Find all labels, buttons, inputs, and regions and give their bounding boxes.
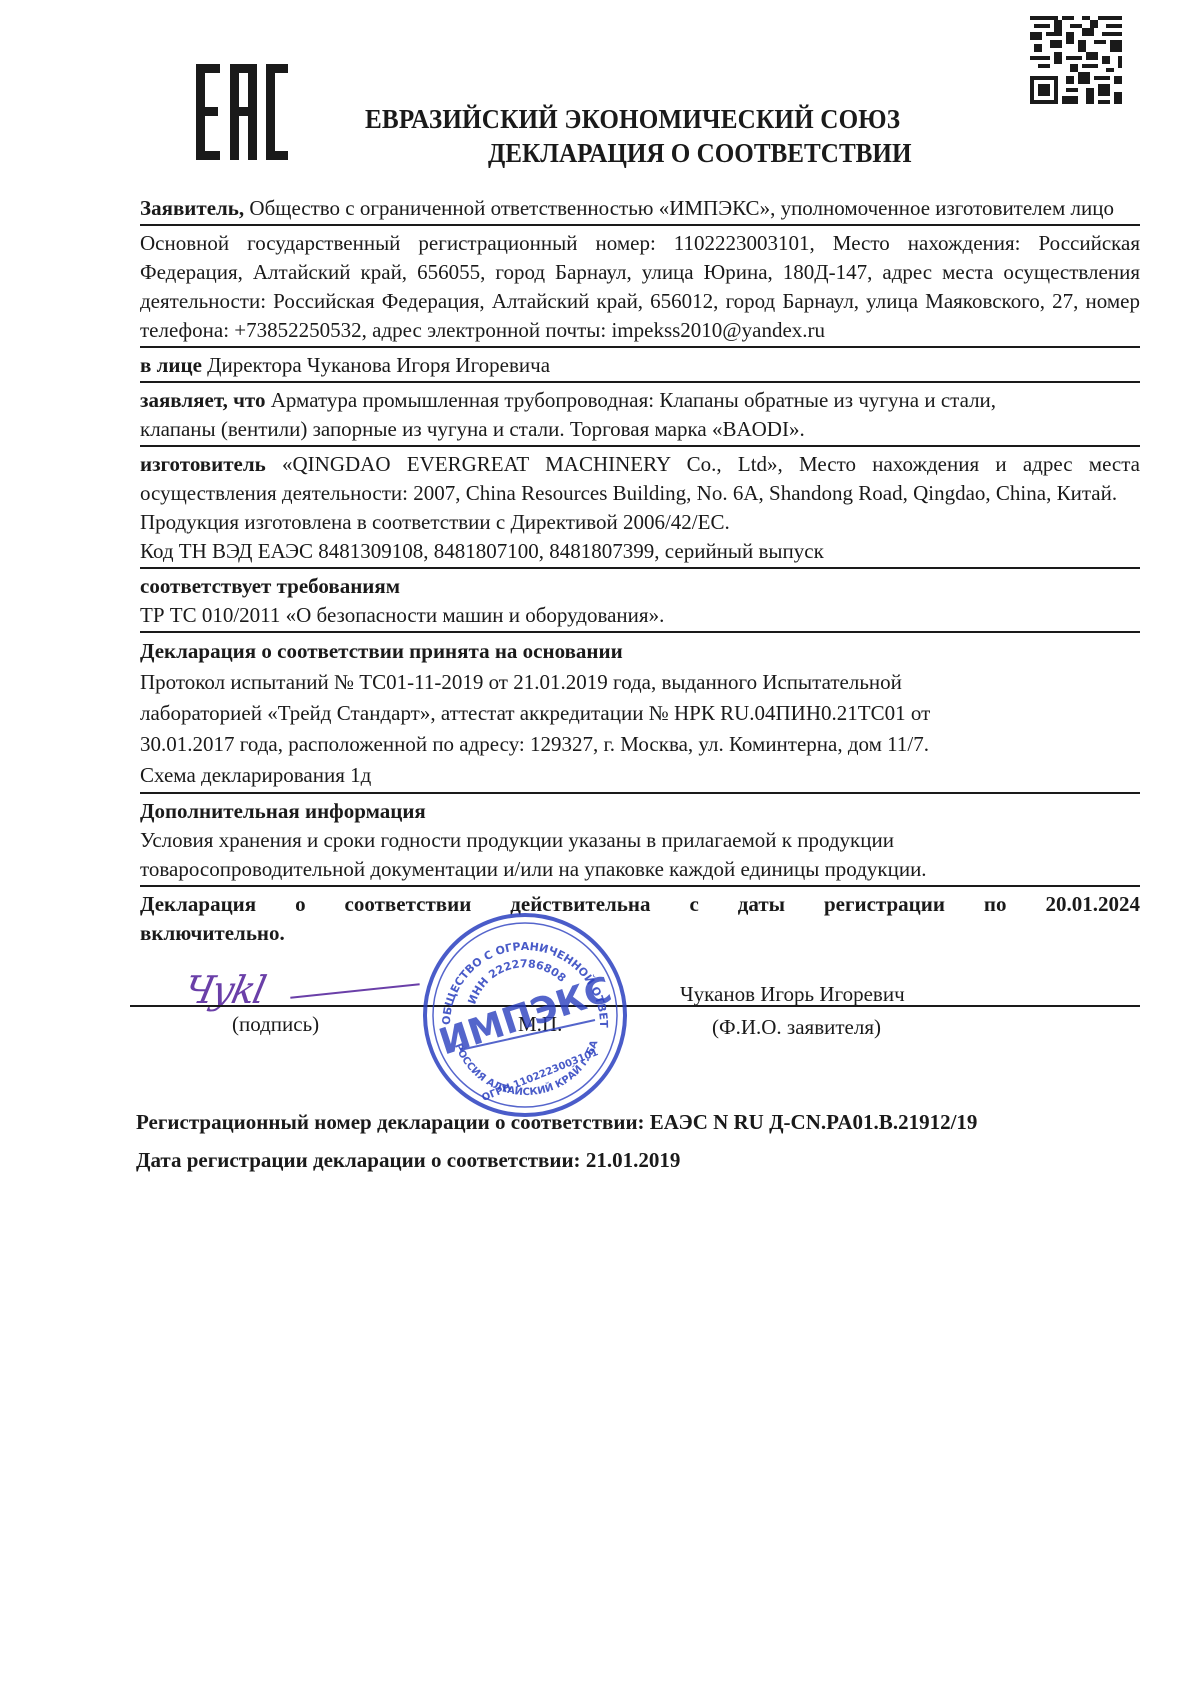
- basis-label: Декларация о соответствии принята на осн…: [140, 636, 1140, 667]
- additional-info-line2: товаросопроводительной документации и/ил…: [140, 855, 1140, 884]
- applicant-name-caption: (Ф.И.О. заявителя): [712, 1015, 881, 1040]
- applicant-label: Заявитель,: [140, 196, 244, 220]
- registration-date-label: Дата регистрации декларации о соответств…: [136, 1148, 586, 1172]
- represented-by-section: в лице Директора Чуканова Игоря Игоревич…: [140, 348, 1140, 383]
- manufacturer-section: изготовитель «QINGDAO EVERGREAT MACHINER…: [140, 447, 1140, 569]
- test-protocol-line2: лабораторией «Трейд Стандарт», аттестат …: [140, 698, 1140, 729]
- applicant-details-section: Основной государственный регистрационный…: [140, 226, 1140, 348]
- requirements-text: ТР ТС 010/2011 «О безопасности машин и о…: [140, 601, 1140, 630]
- applicant-details-text: Основной государственный регистрационный…: [140, 231, 1140, 342]
- represented-by-text: Директора Чуканова Игоря Игоревича: [202, 353, 550, 377]
- additional-info-line1: Условия хранения и сроки годности продук…: [140, 826, 1140, 855]
- manufacturer-label: изготовитель: [140, 452, 266, 476]
- applicant-text: Общество с ограниченной ответственностью…: [244, 196, 1114, 220]
- registration-date-row: Дата регистрации декларации о соответств…: [136, 1148, 680, 1173]
- applicant-name: Чуканов Игорь Игоревич: [680, 982, 905, 1007]
- product-description: Арматура промышленная трубопроводная: Кл…: [140, 388, 996, 441]
- qr-code-icon[interactable]: [1030, 16, 1130, 108]
- signature-line: [130, 1005, 1140, 1007]
- validity-section: Декларация о соответствии действительна …: [140, 887, 1140, 948]
- directive-text: Продукция изготовлена в соответствии с Д…: [140, 508, 1140, 537]
- registration-number-row: Регистрационный номер декларации о соотв…: [136, 1110, 977, 1135]
- validity-line2: включительно.: [140, 919, 1140, 948]
- declares-label: заявляет, что: [140, 388, 265, 412]
- manufacturer-text: «QINGDAO EVERGREAT MACHINERY Co., Ltd», …: [140, 452, 1140, 505]
- basis-section: Декларация о соответствии принята на осн…: [140, 633, 1140, 794]
- declaration-scheme: Схема декларирования 1д: [140, 760, 1140, 791]
- union-title: ЕВРАЗИЙСКИЙ ЭКОНОМИЧЕСКИЙ СОЮЗ: [365, 104, 900, 135]
- company-stamp-icon: ОБЩЕСТВО С ОГРАНИЧЕННОЙ ОТВЕТСТВЕННОСТЬЮ…: [420, 910, 630, 1120]
- customs-codes: Код ТН ВЭД ЕАЭС 8481309108, 8481807100, …: [140, 537, 1140, 566]
- registration-number: ЕАЭС N RU Д-CN.PA01.B.21912/19: [650, 1110, 978, 1134]
- registration-number-label: Регистрационный номер декларации о соотв…: [136, 1110, 650, 1134]
- signature-caption: (подпись): [232, 1012, 319, 1037]
- additional-info-label: Дополнительная информация: [140, 797, 1140, 826]
- additional-info-section: Дополнительная информация Условия хранен…: [140, 794, 1140, 887]
- represented-by-label: в лице: [140, 353, 202, 377]
- declaration-body: Заявитель, Общество с ограниченной ответ…: [140, 194, 1140, 948]
- requirements-section: соответствует требованиям ТР ТС 010/2011…: [140, 569, 1140, 633]
- test-protocol-line3: 30.01.2017 года, расположенной по адресу…: [140, 729, 1140, 760]
- requirements-label: соответствует требованиям: [140, 572, 1140, 601]
- signature-stroke: [290, 983, 419, 999]
- eac-logo: [196, 64, 288, 160]
- registration-date: 21.01.2019: [586, 1148, 681, 1172]
- applicant-section: Заявитель, Общество с ограниченной ответ…: [140, 194, 1140, 226]
- declares-section: заявляет, что Арматура промышленная труб…: [140, 383, 1140, 447]
- validity-line1: Декларация о соответствии действительна …: [140, 890, 1140, 919]
- test-protocol-line1: Протокол испытаний № ТС01-11-2019 от 21.…: [140, 667, 1140, 698]
- document-title: ДЕКЛАРАЦИЯ О СООТВЕТСТВИИ: [488, 138, 911, 169]
